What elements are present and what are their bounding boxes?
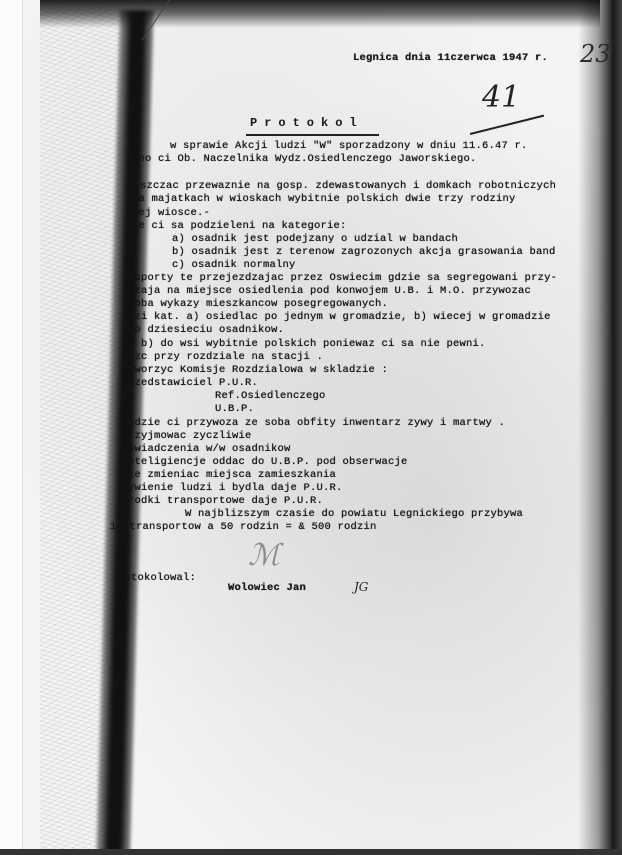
commission-member: U.B.P.: [215, 403, 254, 416]
category-b: b) osadnik jest z terenow zagrozonych ak…: [172, 246, 556, 259]
handwritten-mark: 41: [482, 80, 520, 115]
right-scan-shadow: [578, 0, 622, 855]
header-line: ono ci Ob. Naczelnika Wydz.Osiedlenczego…: [132, 153, 477, 166]
category-c: c) osadnik normalny: [172, 259, 296, 272]
instruction-line: rodki transportowe daje P.U.R.: [128, 495, 323, 508]
body-line: na majatkach w wioskach wybitnie polskic…: [132, 193, 516, 206]
transport-line: do dziesieciu osadnikow.: [128, 324, 284, 337]
transport-line: szc przy rozdziale na stacji .: [128, 351, 323, 364]
closing-line: W najblizszym czasie do powiatu Legnicki…: [185, 508, 523, 521]
handwritten-underline: [470, 115, 544, 135]
body-line: ie ci sa podzieleni na kategorie:: [132, 220, 347, 233]
transport-line: dzaja na miejsce osiedlenia pod konwojem…: [128, 285, 531, 298]
category-a: a) osadnik jest podejzany o udzial w ban…: [172, 233, 458, 246]
title-underline: [246, 134, 379, 136]
body-line: dej wiosce.-: [132, 207, 210, 220]
instruction-line: swiadczenia w/w osadnikow: [128, 443, 291, 456]
signature-name: Wolowiec Jan: [228, 582, 306, 595]
document-title: Protokol: [250, 116, 364, 130]
instruction-line: udzie ci przywoza ze soba obfity inwenta…: [128, 417, 505, 430]
transport-line: dzi kat. a) osiedlac po jednym w gromadz…: [128, 311, 551, 324]
header-line: w sprawie Akcji ludzi "W" sporzadzony w …: [170, 140, 528, 153]
handwritten-signature: ℳ: [248, 538, 280, 573]
signature-initials: JG: [354, 580, 368, 594]
closing-line: 10 transportow a 50 rodzin = & 500 rodzi…: [110, 521, 377, 534]
transport-line: nsporty te przejezdzajac przez Oswiecim …: [128, 272, 557, 285]
instruction-line: ywienie ludzi i bydla daje P.U.R.: [128, 482, 343, 495]
handwritten-page-number: 23: [580, 40, 611, 68]
instruction-line: nteligiencje oddac do U.B.P. pod obserwa…: [128, 456, 408, 469]
bottom-scan-edge: [0, 849, 622, 855]
commission-member: Ref.Osiedlenczego: [215, 390, 326, 403]
scanned-document-page: Legnica dnia 11czerwca 1947 r. 23 41 Pro…: [0, 0, 622, 855]
transport-line: tworzyc Komisje Rozdzialowa w skladzie :: [128, 364, 388, 377]
instruction-line: rzyjmowac zyczliwie: [128, 430, 252, 443]
instruction-line: ie zmieniac miejsca zamieszkania: [128, 469, 336, 482]
place-date: Legnica dnia 11czerwca 1947 r.: [353, 52, 548, 65]
signature-label: rotokolowal:: [118, 572, 196, 585]
scan-margin: [0, 0, 23, 855]
transport-line: soba wykazy mieszkancow posegregowanych.: [128, 298, 388, 311]
transport-line: i b) do wsi wybitnie polskich poniewaz c…: [128, 338, 486, 351]
body-line: szczac przewaznie na gosp. zdewastowanyc…: [140, 180, 556, 193]
transport-line: rzedstawiciel P.U.R.: [128, 377, 258, 390]
